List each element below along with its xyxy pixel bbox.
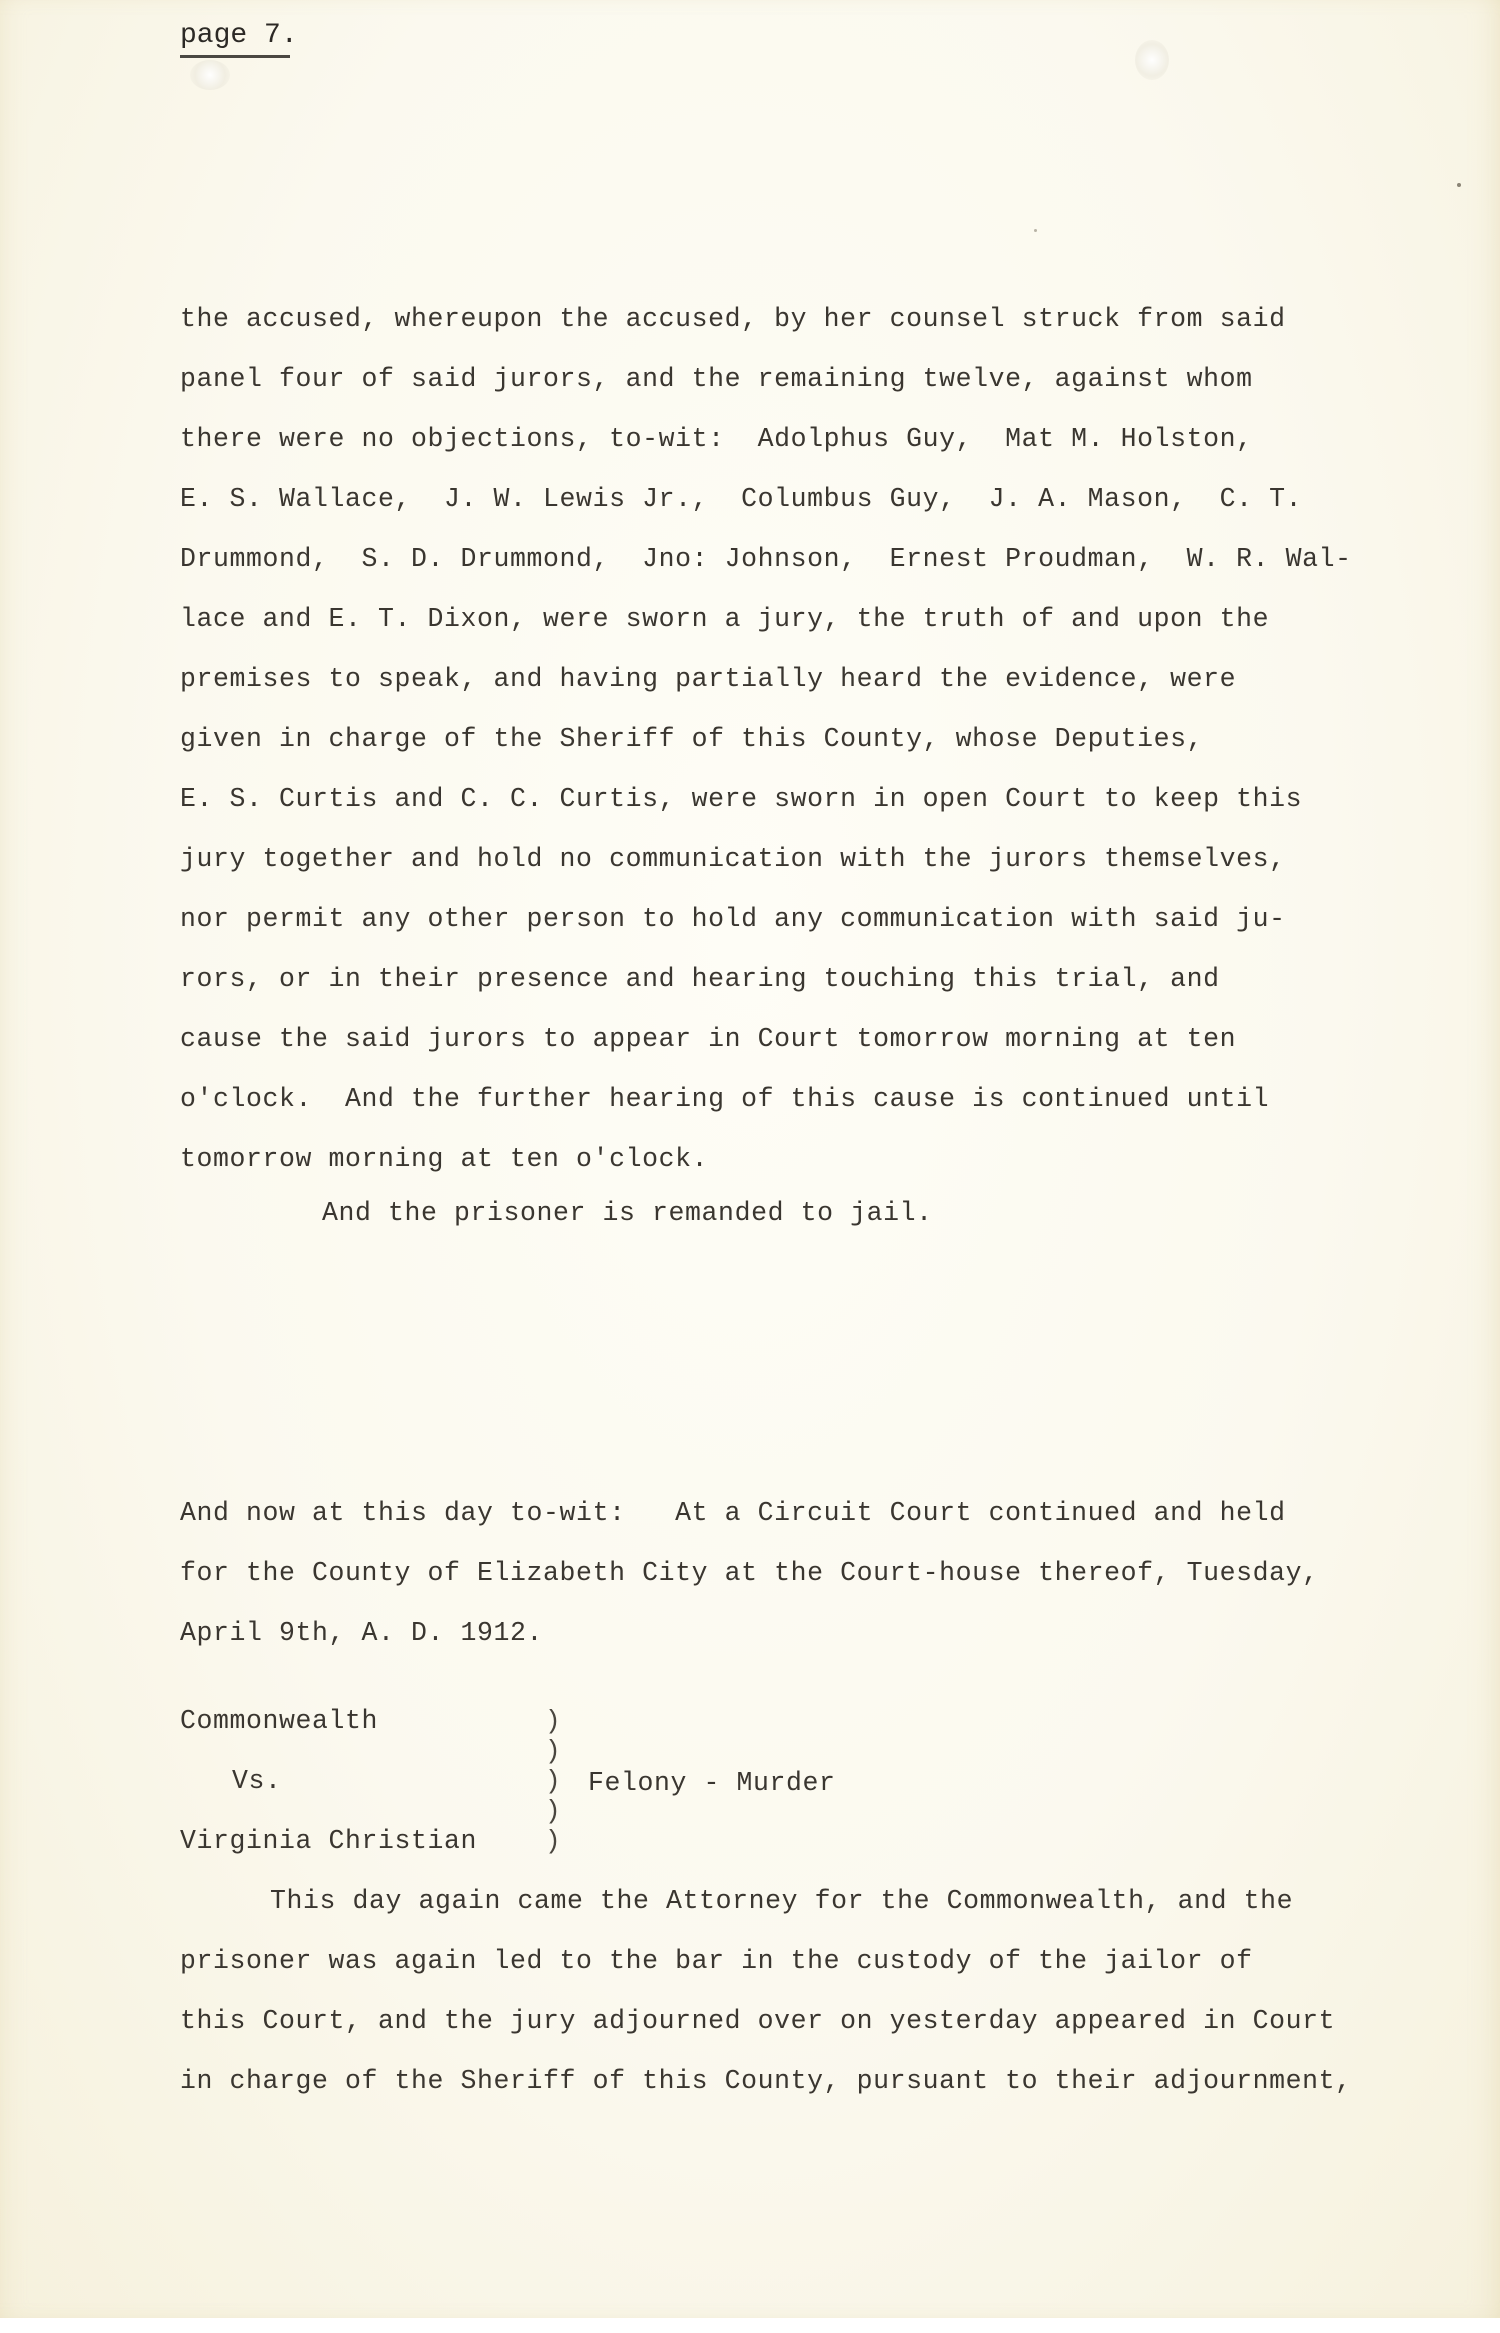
text-line: this Court, and the jury adjourned over … <box>180 2008 1335 2035</box>
text-line: rors, or in their presence and hearing t… <box>180 966 1220 993</box>
text-line: E. S. Wallace, J. W. Lewis Jr., Columbus… <box>180 486 1302 513</box>
ink-speck <box>1034 229 1037 232</box>
text-line: in charge of the Sheriff of this County,… <box>180 2068 1352 2095</box>
text-line: And now at this day to-wit: At a Circuit… <box>180 1500 1286 1527</box>
document-page: page 7. the accused, whereupon the accus… <box>0 0 1500 2318</box>
caption-brace-segment: ) <box>545 1798 561 1824</box>
page-number: page 7. <box>180 20 298 51</box>
remand-sentence: And the prisoner is remanded to jail. <box>322 1200 933 1227</box>
ink-speck <box>1457 183 1461 187</box>
text-line: given in charge of the Sheriff of this C… <box>180 726 1203 753</box>
text-line: April 9th, A. D. 1912. <box>180 1620 543 1647</box>
text-line: o'clock. And the further hearing of this… <box>180 1086 1269 1113</box>
caption-brace-segment: ) <box>545 1738 561 1764</box>
text-line: This day again came the Attorney for the… <box>270 1888 1293 1915</box>
text-line: jury together and hold no communication … <box>180 846 1286 873</box>
text-line: Drummond, S. D. Drummond, Jno: Johnson, … <box>180 546 1352 573</box>
text-line: there were no objections, to-wit: Adolph… <box>180 426 1253 453</box>
caption-defendant: Virginia Christian <box>180 1828 477 1855</box>
text-line: prisoner was again led to the bar in the… <box>180 1948 1253 1975</box>
text-line: E. S. Curtis and C. C. Curtis, were swor… <box>180 786 1302 813</box>
text-line: panel four of said jurors, and the remai… <box>180 366 1253 393</box>
paper-dent-top-right <box>1135 40 1169 80</box>
paper-dent-top-left <box>190 60 230 90</box>
text-line: the accused, whereupon the accused, by h… <box>180 306 1286 333</box>
scan-bottom-margin <box>0 2318 1500 2333</box>
page-number-underline <box>180 55 290 58</box>
caption-versus: Vs. <box>232 1768 282 1795</box>
text-line: tomorrow morning at ten o'clock. <box>180 1146 708 1173</box>
text-line: nor permit any other person to hold any … <box>180 906 1286 933</box>
caption-plaintiff: Commonwealth <box>180 1708 378 1735</box>
caption-brace-segment: ) <box>545 1768 561 1794</box>
text-line: premises to speak, and having partially … <box>180 666 1236 693</box>
text-line: cause the said jurors to appear in Court… <box>180 1026 1236 1053</box>
caption-brace-segment: ) <box>545 1708 561 1734</box>
caption-brace-segment: ) <box>545 1828 561 1854</box>
caption-charge: Felony - Murder <box>588 1768 836 1798</box>
text-line: lace and E. T. Dixon, were sworn a jury,… <box>180 606 1269 633</box>
text-line: for the County of Elizabeth City at the … <box>180 1560 1319 1587</box>
